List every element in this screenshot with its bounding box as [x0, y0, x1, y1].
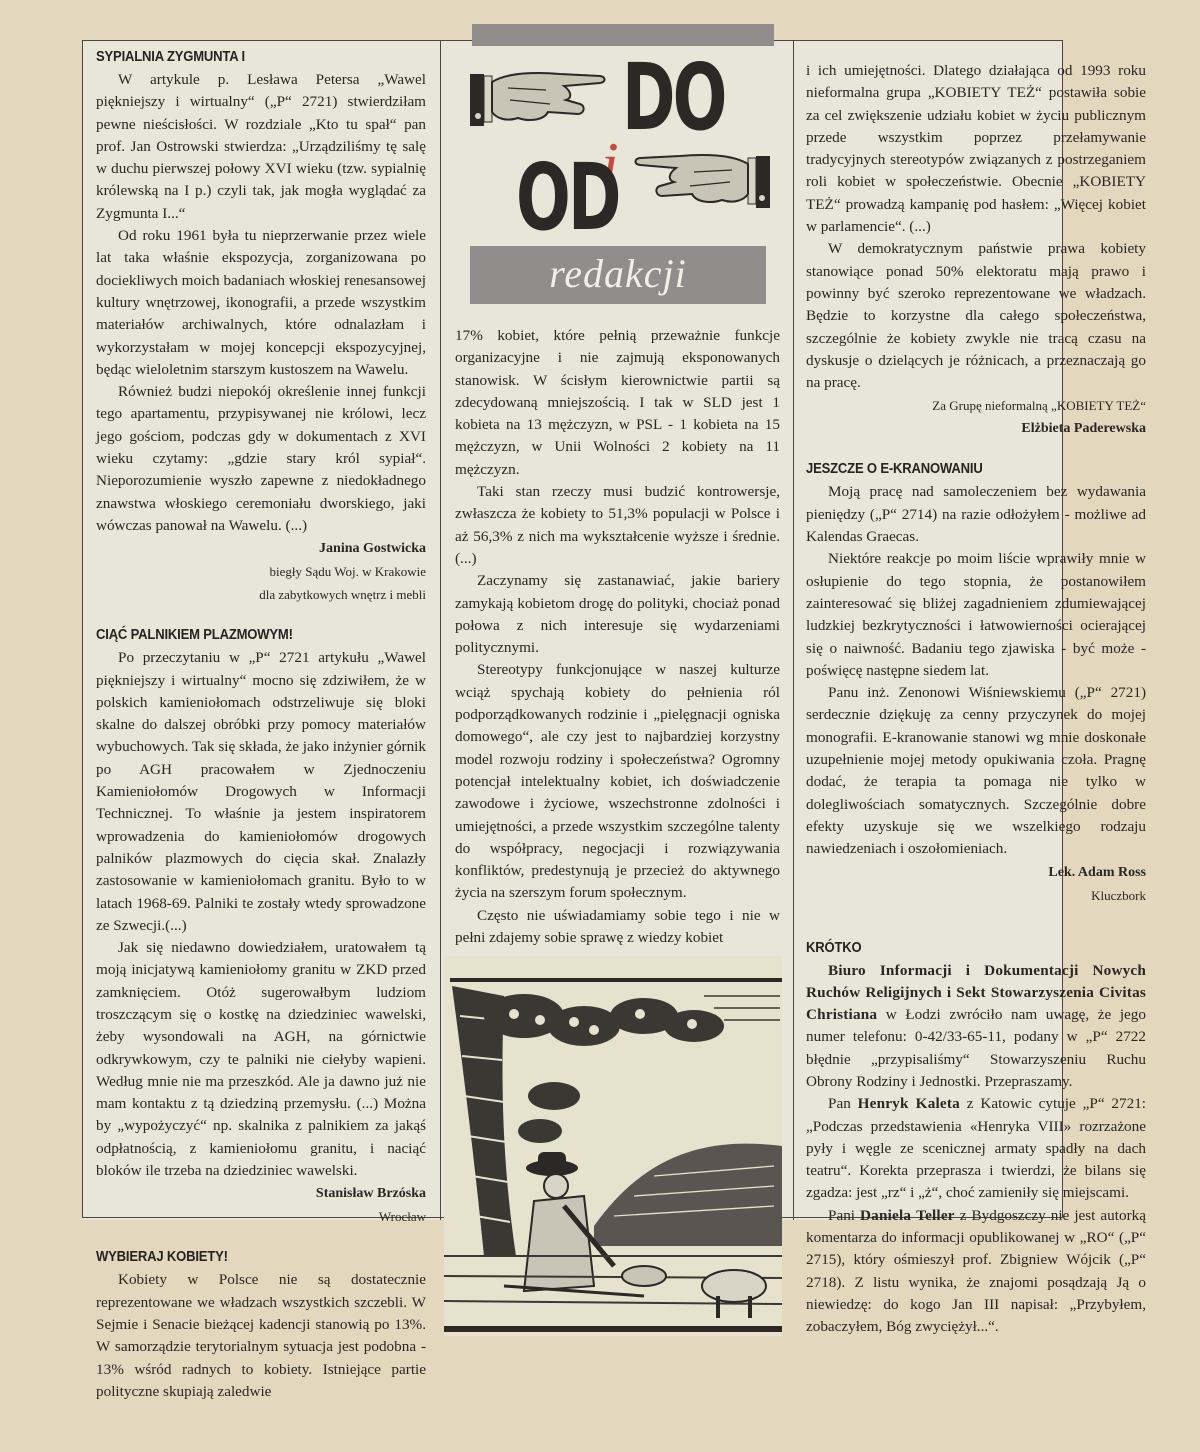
column-left: SYPIALNIA ZYGMUNTA I W artykule p. Lesła…	[96, 46, 426, 1403]
letter-paragraph: W demokratycznym państwie prawa kobiety …	[806, 238, 1146, 394]
letter-paragraph: Moją pracę nad samoleczeniem bez wydawan…	[806, 481, 1146, 548]
letter-paragraph: Panu inż. Zenonowi Wiśniewskiemu („P“ 27…	[806, 682, 1146, 860]
letter-signature-line: Wrocław	[96, 1205, 426, 1228]
letter-signature-line: biegły Sądu Woj. w Krakowie	[96, 560, 426, 583]
letter-heading: KRÓTKO	[806, 937, 1112, 959]
notice-bold-name: Daniela Teller	[860, 1207, 955, 1224]
notice-prefix: Pani	[828, 1207, 860, 1224]
letter-signature-line: dla zabytkowych wnętrz i mebli	[96, 583, 426, 606]
letter-heading: JESZCZE O E-KRANOWANIU	[806, 458, 1112, 480]
letter-paragraph: Kobiety w Polsce nie są dostatecznie rep…	[96, 1269, 426, 1403]
letter-paragraph: Zaczynamy się zastanawiać, jakie bariery…	[455, 570, 780, 659]
letter-paragraph: Od roku 1961 była tu nieprzerwanie przez…	[96, 225, 426, 381]
letter-paragraph: Również budzi niepokój określenie innej …	[96, 381, 426, 537]
letter-paragraph: 17% kobiet, które pełnią przeważnie funk…	[455, 325, 780, 481]
column-right: i ich umiejętności. Dlatego działająca o…	[806, 60, 1146, 1339]
letter-paragraph: i ich umiejętności. Dlatego działająca o…	[806, 60, 1146, 238]
letter-heading: SYPIALNIA ZYGMUNTA I	[96, 46, 393, 68]
column-divider-left	[440, 40, 441, 1220]
letter-paragraph: W artykule p. Lesława Petersa „Wawel pię…	[96, 69, 426, 225]
letter-paragraph: Po przeczytaniu w „P“ 2721 artykułu „Waw…	[96, 647, 426, 937]
notice-paragraph: Pan Henryk Kaleta z Katowic cytuje „P“ 2…	[806, 1093, 1146, 1204]
masthead-redakcji-banner: redakcji	[470, 246, 766, 304]
masthead-word-do: DO	[622, 58, 725, 138]
letter-paragraph: Stereotypy funkcjonujące w naszej kultur…	[455, 659, 780, 904]
column-divider-right	[793, 40, 794, 1220]
letter-signature: Janina Gostwicka	[96, 537, 426, 560]
letter-paragraph: Często nie uświadamiamy sobie tego i nie…	[455, 905, 780, 950]
pointing-hand-left-icon	[632, 150, 772, 220]
column-middle: 17% kobiet, które pełnią przeważnie funk…	[455, 325, 780, 949]
notice-paragraph: Pani Daniela Teller z Bydgoszczy nie jes…	[806, 1205, 1146, 1339]
letter-heading: WYBIERAJ KOBIETY!	[96, 1246, 393, 1268]
shepherd-woodcut-illustration	[444, 956, 782, 1336]
notice-paragraph: Biuro Informacji i Dokumentacji Nowych R…	[806, 960, 1146, 1094]
notice-bold-name: Henryk Kaleta	[858, 1095, 960, 1112]
masthead-top-bar	[472, 24, 774, 46]
letter-signature: Elżbieta Paderewska	[806, 417, 1146, 440]
masthead-word-od: OD	[516, 158, 619, 238]
shepherd-woodcut-image	[444, 956, 782, 1336]
letter-paragraph: Jak się niedawno dowiedziałem, uratowałe…	[96, 937, 426, 1182]
letter-signature-line: Kluczbork	[806, 884, 1146, 907]
notice-text: z Bydgoszczy nie jest autorką komentarza…	[806, 1207, 1146, 1335]
notice-prefix: Pan	[828, 1095, 858, 1112]
letter-heading: CIĄĆ PALNIKIEM PLAZMOWYM!	[96, 624, 393, 646]
letter-paragraph: Taki stan rzeczy musi budzić kontrowersj…	[455, 481, 780, 570]
letter-paragraph: Niektóre reakcje po moim liście wprawiły…	[806, 548, 1146, 682]
pointing-hand-right-icon	[468, 68, 608, 138]
letter-signature: Stanisław Brzóska	[96, 1182, 426, 1205]
letter-signature: Lek. Adam Ross	[806, 861, 1146, 884]
letter-signature-prefix: Za Grupę nieformalną „KOBIETY TEŻ“	[806, 394, 1146, 417]
